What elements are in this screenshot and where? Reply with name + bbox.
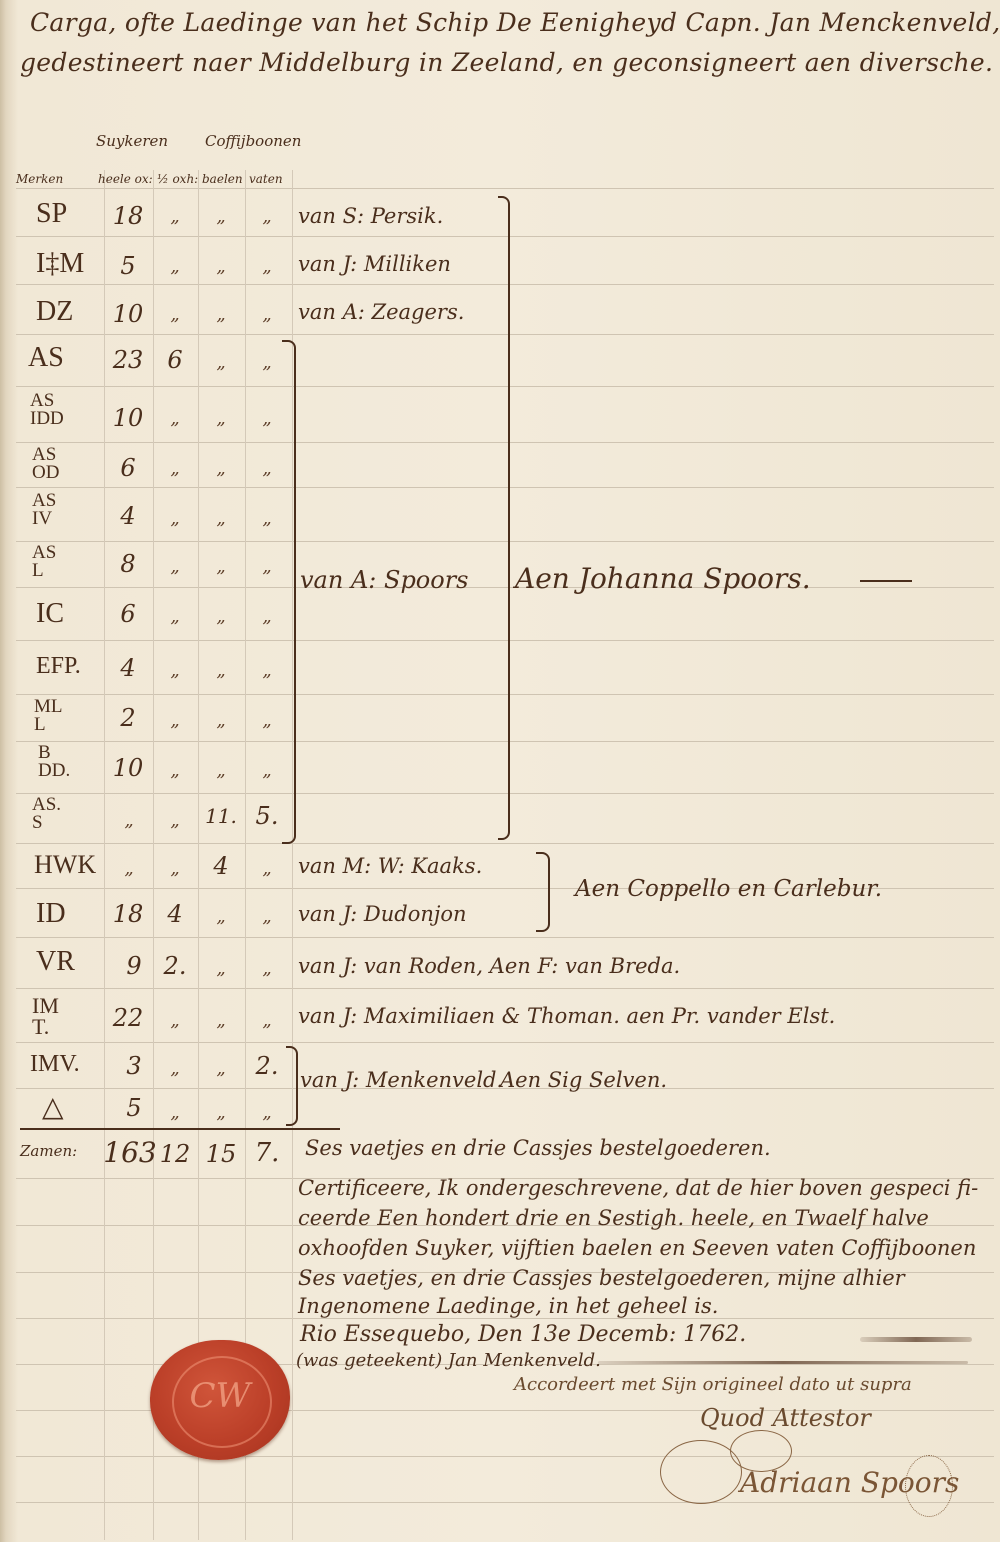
whole-casks: 10: [98, 404, 158, 432]
bales: „: [196, 256, 246, 277]
bales: „: [196, 958, 246, 979]
bales: „: [196, 408, 246, 429]
cargo-mark: MLL: [34, 698, 94, 734]
extra-goods: Ses vaetjes en drie Cassjes bestelgoeder…: [305, 1136, 771, 1160]
bales: „: [196, 458, 246, 479]
half-casks: „: [150, 458, 200, 479]
whole-casks: 6: [98, 454, 158, 482]
whole-casks: 22: [98, 1004, 158, 1032]
bracket-coppello: [536, 852, 550, 932]
bales: „: [196, 206, 246, 227]
whole-casks: 6: [98, 600, 158, 628]
cargo-mark: ASL: [32, 544, 92, 580]
half-casks: 2.: [150, 952, 200, 980]
dash-line: [860, 580, 912, 582]
cargo-mark: HWK: [34, 852, 96, 878]
signed-by: (was geteekent) Jan Menkenveld.: [296, 1350, 601, 1371]
cargo-mark: ASIV: [32, 492, 92, 528]
certificate-line: oxhoofden Suyker, vijftien baelen en See…: [298, 1236, 976, 1260]
half-casks: „: [150, 858, 200, 879]
column-rule: [153, 170, 154, 1540]
bales: „: [196, 1102, 246, 1123]
place-date: Rio Essequebo, Den 13e Decemb: 1762.: [300, 1322, 746, 1347]
ruled-line: [16, 1042, 994, 1043]
half-casks: „: [150, 660, 200, 681]
document-title-line-1: Carga, ofte Laedinge van het Schip De Ee…: [30, 8, 1000, 37]
certificate-line: Certificeere, Ik ondergeschrevene, dat d…: [298, 1176, 978, 1200]
shipper: van S: Persik.: [298, 204, 443, 228]
bracket-spoors-shippers: [498, 196, 510, 840]
whole-casks: „: [104, 810, 154, 831]
barrels: „: [242, 906, 292, 927]
column-header-half: ½ oxh:: [157, 172, 198, 186]
whole-casks: 23: [98, 346, 158, 374]
half-casks: „: [150, 408, 200, 429]
ruled-line: [16, 1456, 994, 1457]
certificate-line: ceerde Een hondert drie en Sestigh. heel…: [298, 1206, 929, 1230]
totals-label: Zamen:: [20, 1142, 77, 1160]
cargo-mark: IC: [36, 600, 64, 628]
shipper: van A: Zeagers.: [298, 300, 464, 324]
cargo-mark: ASIDD: [30, 392, 90, 428]
bales: „: [196, 352, 246, 373]
whole-casks: 8: [98, 550, 158, 578]
ink-dash: [598, 1361, 968, 1364]
half-casks: 6: [150, 346, 200, 374]
bracket-menkenveld: [286, 1046, 298, 1126]
totals-rule: [20, 1128, 340, 1130]
whole-casks: 18: [98, 900, 158, 928]
cargo-mark: VR: [36, 948, 75, 976]
cargo-mark: DZ: [36, 298, 73, 326]
cargo-mark: IMV.: [30, 1052, 80, 1076]
barrels: „: [242, 256, 292, 277]
ink-dash: [860, 1337, 972, 1342]
ruled-line: [16, 1318, 994, 1319]
shipper: van M: W: Kaaks.: [298, 854, 482, 878]
barrels: „: [242, 958, 292, 979]
whole-casks: 10: [98, 754, 158, 782]
header-sugar: Suykeren: [96, 132, 168, 150]
half-casks: „: [150, 304, 200, 325]
bales: „: [196, 508, 246, 529]
whole-casks: „: [104, 858, 154, 879]
shipper-and-consignee: van J: Maximiliaen & Thoman. aen Pr. van…: [298, 1004, 835, 1028]
cargo-mark: SP: [36, 200, 67, 228]
ruled-line: [16, 843, 994, 844]
total-bales: 15: [196, 1140, 246, 1168]
consignee-coppello-carlebur: Aen Coppello en Carlebur.: [575, 876, 882, 902]
barrels: „: [242, 304, 292, 325]
bales: „: [196, 760, 246, 781]
bales: „: [196, 906, 246, 927]
cargo-mark: BDD.: [38, 744, 98, 780]
half-casks: „: [150, 1058, 200, 1079]
bales: „: [196, 556, 246, 577]
half-casks: „: [150, 256, 200, 277]
column-header-barrels: vaten: [249, 172, 283, 186]
whole-casks: 4: [98, 502, 158, 530]
bales: „: [196, 1058, 246, 1079]
barrels: „: [242, 1102, 292, 1123]
half-casks: „: [150, 508, 200, 529]
shipper-menkenveld: van J: Menkenveld.: [300, 1068, 503, 1092]
cargo-mark: AS: [28, 344, 64, 372]
column-header-bales: baelen: [202, 172, 243, 186]
total-barrels: 7.: [242, 1138, 292, 1168]
cargo-mark: IMT.: [32, 996, 92, 1038]
triangle-mark-icon: △: [42, 1094, 64, 1122]
barrels: „: [242, 1010, 292, 1031]
cargo-mark: I‡M: [36, 250, 84, 278]
whole-casks: 5: [98, 252, 158, 280]
half-casks: „: [150, 760, 200, 781]
barrels: „: [242, 206, 292, 227]
bales: „: [196, 606, 246, 627]
manuscript-page: Carga, ofte Laedinge van het Schip De Ee…: [0, 0, 1000, 1542]
whole-casks: 10: [98, 300, 158, 328]
bracket-spoors-marks: [282, 340, 296, 844]
column-header-whole: heele ox:: [98, 172, 153, 186]
half-casks: „: [150, 710, 200, 731]
consignee-self: Aen Sig Selven.: [500, 1068, 667, 1092]
half-casks: 4: [150, 900, 200, 928]
whole-casks: 4: [98, 654, 158, 682]
whole-casks: 18: [98, 202, 158, 230]
column-header-marks: Merken: [16, 172, 63, 186]
half-casks: „: [150, 1102, 200, 1123]
ruled-line: [16, 188, 994, 189]
bales: „: [196, 1010, 246, 1031]
half-casks: „: [150, 1010, 200, 1031]
half-casks: „: [150, 206, 200, 227]
document-title-line-2: gedestineert naer Middelburg in Zeeland,…: [20, 48, 993, 77]
cargo-mark: AS.S: [32, 796, 92, 832]
shipper: van J: Dudonjon: [298, 902, 467, 926]
ruled-line: [16, 1502, 994, 1503]
cargo-mark: ASOD: [32, 446, 92, 482]
total-half-casks: 12: [150, 1140, 200, 1168]
attestation-line: Accordeert met Sijn origineel dato ut su…: [514, 1374, 912, 1395]
shipper-spoors: van A: Spoors: [300, 566, 469, 594]
half-casks: „: [150, 556, 200, 577]
wax-seal-icon: CW: [150, 1340, 290, 1460]
bales: „: [196, 710, 246, 731]
seal-monogram: CW: [150, 1376, 290, 1416]
shipper: van J: Milliken: [298, 252, 451, 276]
header-coffee: Coffijboonen: [205, 132, 301, 150]
barrels: „: [242, 858, 292, 879]
ruled-line: [16, 988, 994, 989]
consignee-johanna-spoors: Aen Johanna Spoors.: [515, 562, 811, 595]
bales: 11.: [196, 804, 246, 828]
certificate-line: Ingenomene Laedinge, in het geheel is.: [298, 1294, 718, 1318]
column-rule: [104, 170, 105, 1540]
barrels: 2.: [242, 1052, 292, 1080]
half-casks: „: [150, 810, 200, 831]
cargo-mark: ID: [36, 900, 66, 928]
bales: „: [196, 304, 246, 325]
quod-attestor: Quod Attestor: [700, 1404, 871, 1432]
cargo-mark: EFP.: [36, 654, 81, 678]
bales: „: [196, 660, 246, 681]
certificate-line: Ses vaetjes, en drie Cassjes bestelgoede…: [298, 1266, 905, 1290]
ruled-line: [16, 937, 994, 938]
signature-spoors: Adriaan Spoors: [740, 1466, 959, 1499]
half-casks: „: [150, 606, 200, 627]
shipper-and-consignee: van J: van Roden, Aen F: van Breda.: [298, 954, 680, 978]
bales: 4: [196, 852, 246, 880]
whole-casks: 2: [98, 704, 158, 732]
